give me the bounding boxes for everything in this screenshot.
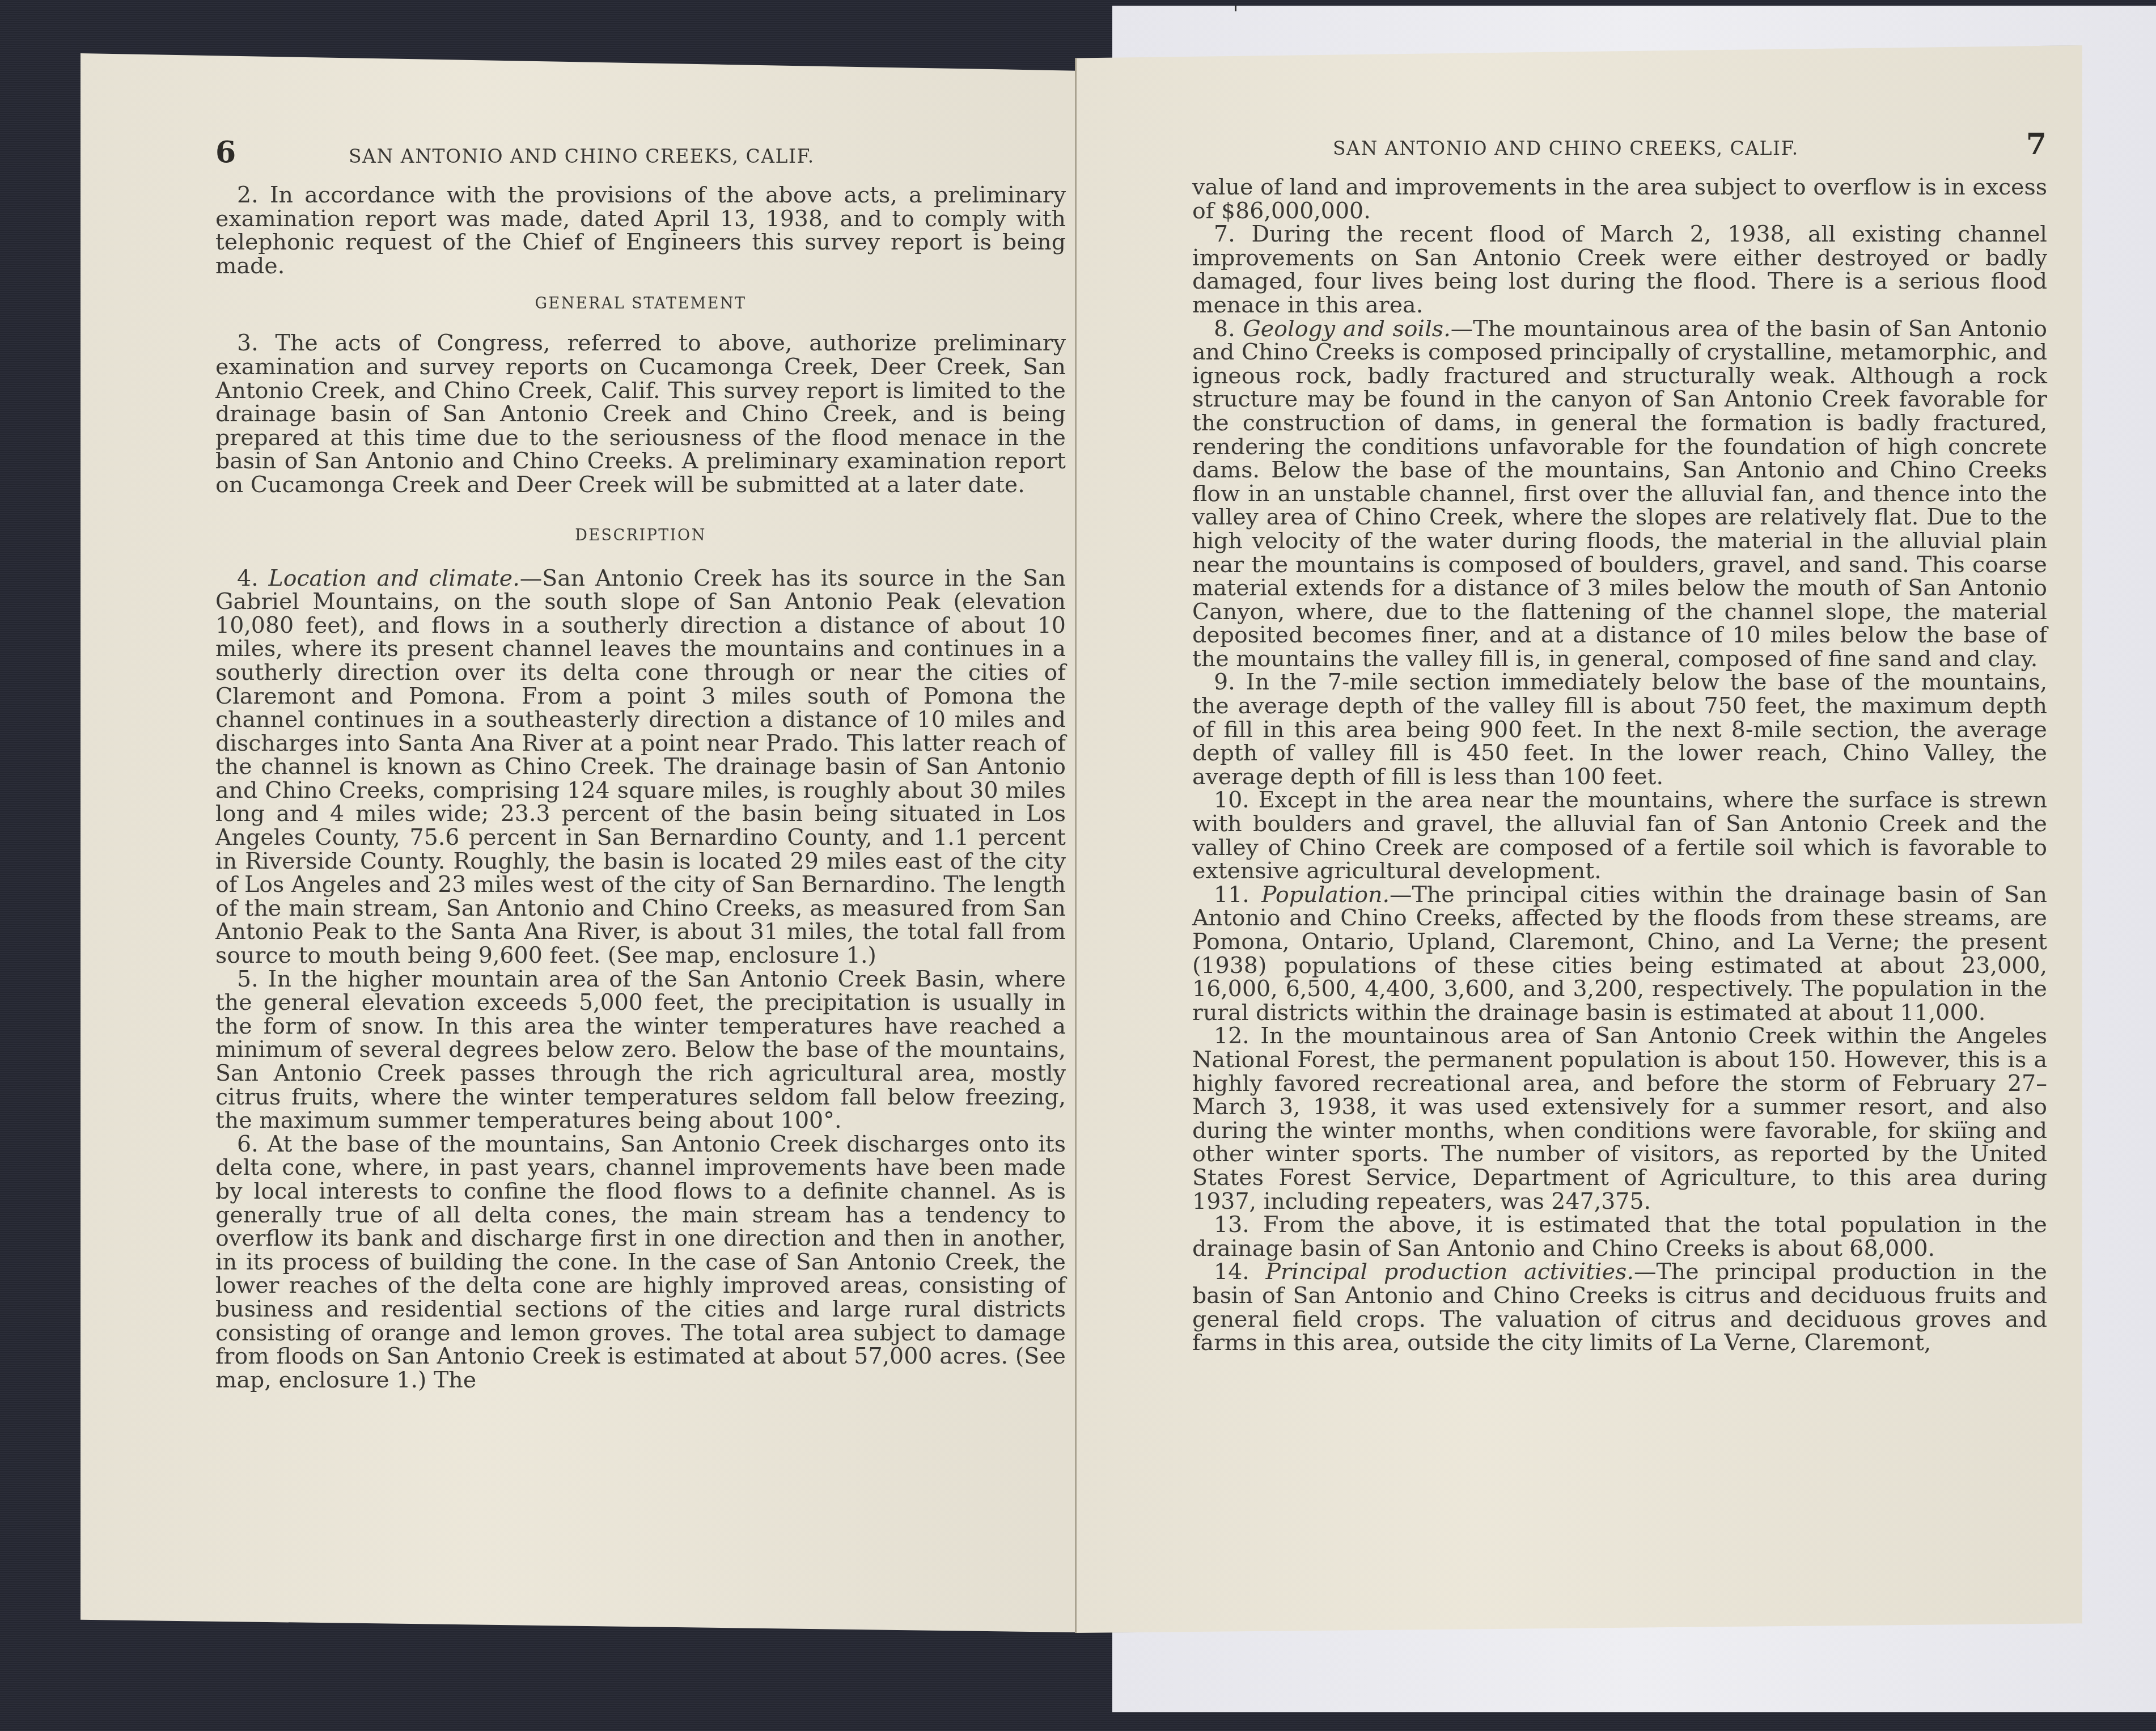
paragraph-11: 11. Population.—The principal cities wit… xyxy=(1192,883,2047,1025)
paragraph-12: 12. In the mountainous area of San Anton… xyxy=(1192,1025,2047,1213)
paragraph-title: Principal production activities. xyxy=(1266,1259,1634,1285)
section-heading-general-statement: GENERAL STATEMENT xyxy=(215,295,1066,312)
paragraph-number: 8. xyxy=(1214,316,1235,342)
paragraph-number: 14. xyxy=(1214,1259,1249,1285)
paragraph-10: 10. Except in the area near the mountain… xyxy=(1192,789,2047,883)
paragraph-9: 9. In the 7-mile section immediately bel… xyxy=(1192,671,2047,789)
paragraph-8: 8. Geology and soils.—The mountainous ar… xyxy=(1192,318,2047,671)
paragraph-title: Geology and soils. xyxy=(1243,316,1450,342)
paragraph-4: 4. Location and climate.—San Antonio Cre… xyxy=(215,567,1066,968)
paragraph-number: 11. xyxy=(1214,882,1249,908)
paragraph-number: 4. xyxy=(237,565,259,591)
paragraph-title: Population. xyxy=(1261,882,1390,908)
running-head: SAN ANTONIO AND CHINO CREEKS, CALIF. xyxy=(1333,137,1799,159)
paragraph-6-continued: value of land and improvements in the ar… xyxy=(1192,176,2047,223)
section-heading-description: DESCRIPTION xyxy=(215,527,1066,544)
left-page-text: 6 SAN ANTONIO AND CHINO CREEKS, CALIF. 2… xyxy=(215,138,1066,1392)
left-page-header: 6 SAN ANTONIO AND CHINO CREEKS, CALIF. xyxy=(215,138,1066,184)
paragraph-14: 14. Principal production activities.—The… xyxy=(1192,1260,2047,1355)
paragraph-body: —The mountainous area of the basin of Sa… xyxy=(1192,316,2047,672)
paragraph-13: 13. From the above, it is estimated that… xyxy=(1192,1213,2047,1260)
left-page: 6 SAN ANTONIO AND CHINO CREEKS, CALIF. 2… xyxy=(81,53,1075,1632)
paragraph-title: Location and climate. xyxy=(268,565,519,591)
paragraph-3: 3. The acts of Congress, referred to abo… xyxy=(215,332,1066,497)
right-page-text: SAN ANTONIO AND CHINO CREEKS, CALIF. 7 v… xyxy=(1192,130,2047,1355)
running-head: SAN ANTONIO AND CHINO CREEKS, CALIF. xyxy=(349,145,815,167)
paragraph-6: 6. At the base of the mountains, San Ant… xyxy=(215,1133,1066,1393)
right-page-header: SAN ANTONIO AND CHINO CREEKS, CALIF. 7 xyxy=(1192,130,2047,176)
paragraph-body: —San Antonio Creek has its source in the… xyxy=(215,565,1066,969)
page-number: 7 xyxy=(2026,127,2047,162)
paragraph-5: 5. In the higher mountain area of the Sa… xyxy=(215,968,1066,1133)
page-number: 6 xyxy=(215,135,236,170)
right-page: SAN ANTONIO AND CHINO CREEKS, CALIF. 7 v… xyxy=(1075,45,2082,1633)
backing-sheet-edge-mark xyxy=(1235,6,1236,11)
paragraph-2: 2. In accordance with the provisions of … xyxy=(215,184,1066,278)
paragraph-7: 7. During the recent flood of March 2, 1… xyxy=(1192,223,2047,317)
